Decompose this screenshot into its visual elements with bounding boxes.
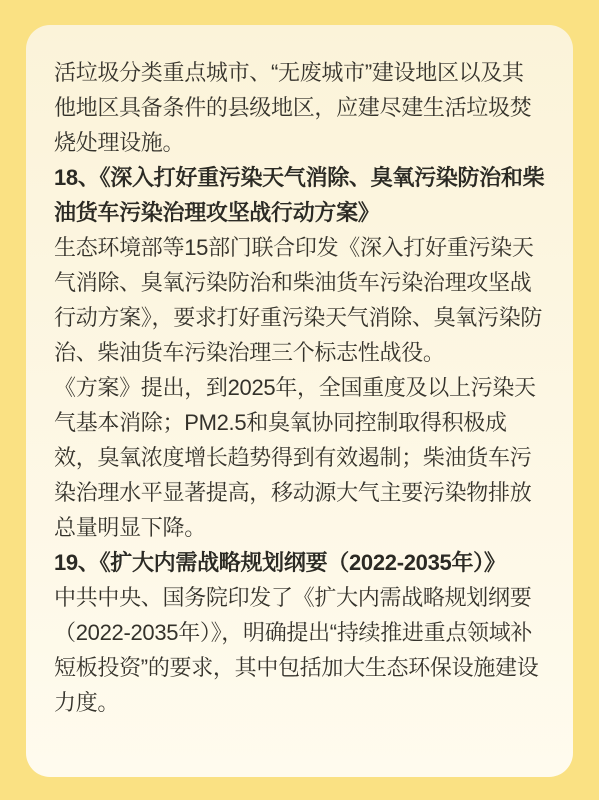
page-background: { "page": { "background_color": "#FAE183…: [0, 0, 599, 800]
policy-item-heading: 18、《深入打好重污染天气消除、臭氧污染防治和柴油货车污染治理攻坚战行动方案》: [54, 160, 545, 230]
policy-paragraph: 生态环境部等15部门联合印发《深入打好重污染天气消除、臭氧污染防治和柴油货车污染…: [54, 230, 545, 370]
policy-paragraph: 中共中央、国务院印发了《扩大内需战略规划纲要（2022-2035年）》，明确提出…: [54, 580, 545, 720]
policy-item-heading: 19、《扩大内需战略规划纲要（2022-2035年）》: [54, 545, 545, 580]
policy-paragraph: 活垃圾分类重点城市、“无废城市”建设地区以及其他地区具备条件的县级地区，应建尽建…: [54, 55, 545, 160]
policy-paragraph: 《方案》提出，到2025年，全国重度及以上污染天气基本消除；PM2.5和臭氧协同…: [54, 370, 545, 545]
article-card: 活垃圾分类重点城市、“无废城市”建设地区以及其他地区具备条件的县级地区，应建尽建…: [26, 25, 573, 777]
article-content: 活垃圾分类重点城市、“无废城市”建设地区以及其他地区具备条件的县级地区，应建尽建…: [54, 55, 545, 720]
